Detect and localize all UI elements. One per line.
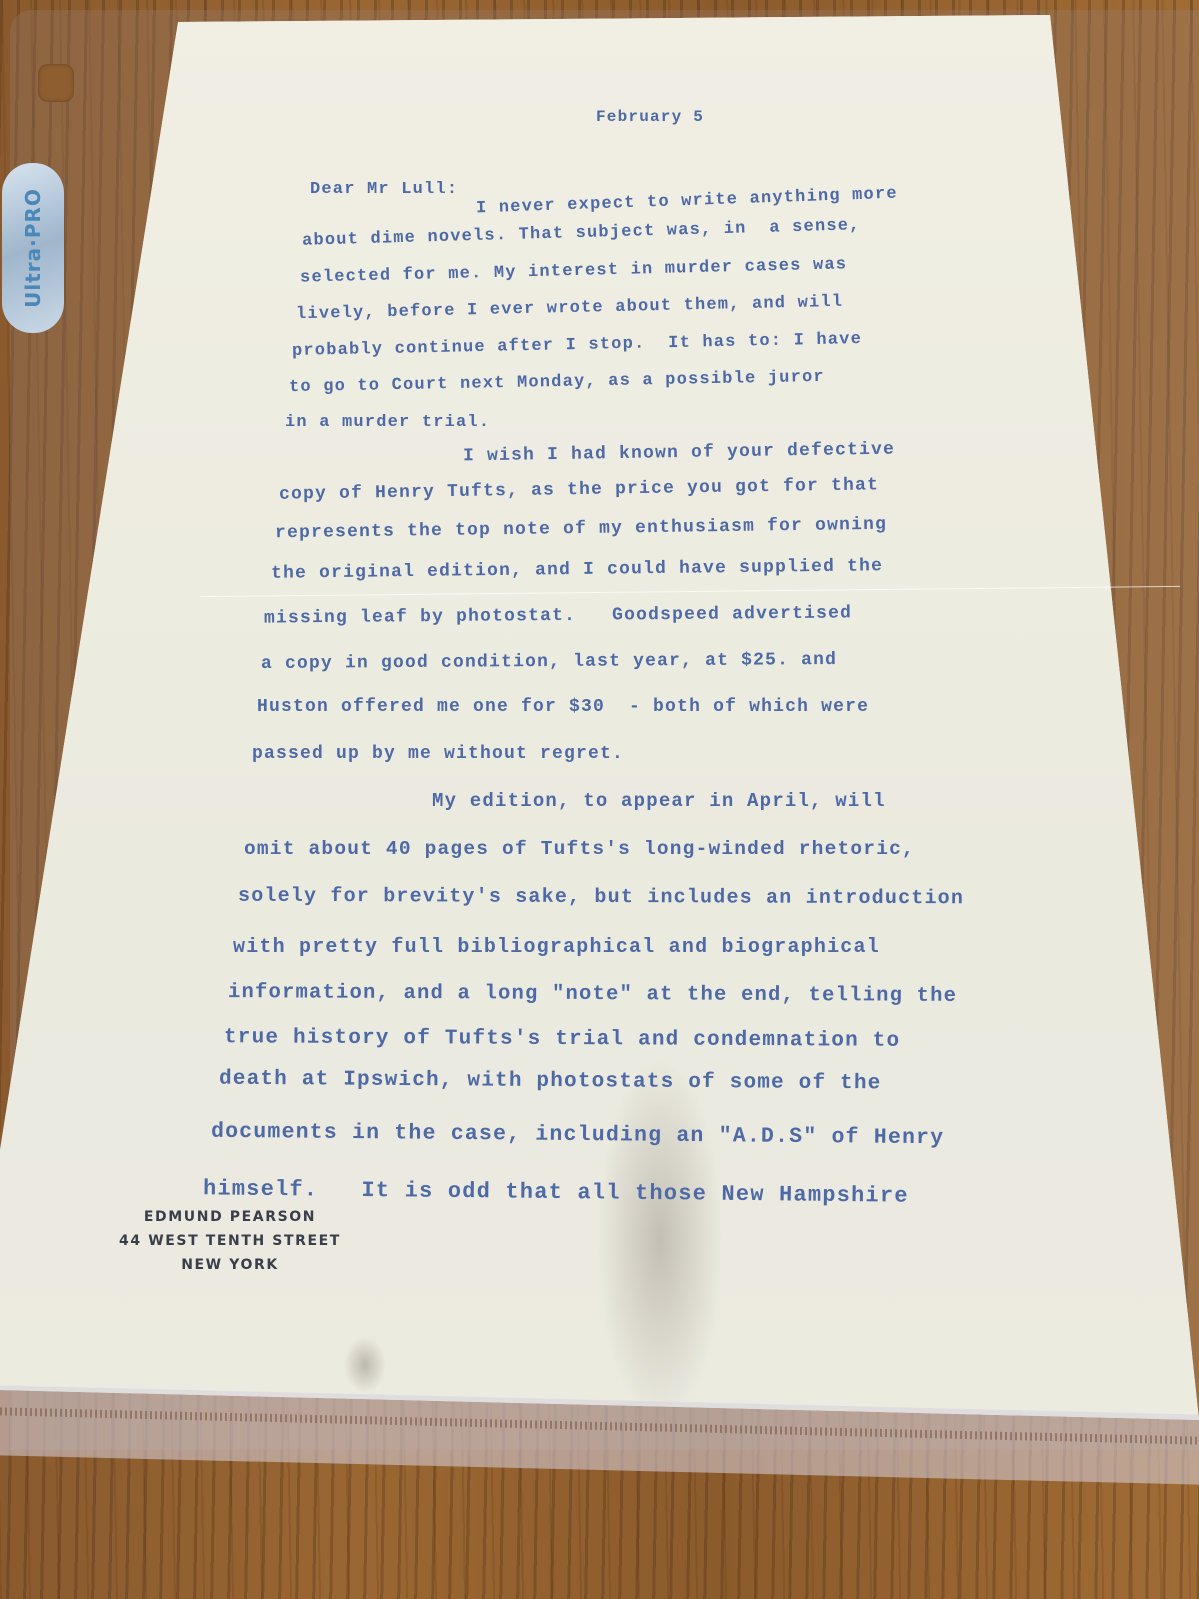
letter-line: in a murder trial. (285, 413, 490, 432)
letter-line: copy of Henry Tufts, as the price you go… (279, 475, 879, 504)
letter-line: lively, before I ever wrote about them, … (296, 293, 844, 324)
letter-line: a copy in good condition, last year, at … (261, 650, 837, 674)
letterhead-city: NEW YORK (100, 1253, 360, 1277)
letterhead: EDMUND PEARSON 44 WEST TENTH STREET NEW … (100, 1205, 360, 1277)
letter-line: about dime novels. That subject was, in … (302, 216, 861, 251)
letter-date: February 5 (596, 108, 704, 126)
letter-line: omit about 40 pages of Tufts's long-wind… (244, 838, 915, 860)
letter-line: I never expect to write anything more (476, 185, 898, 219)
letter-line: represents the top note of my enthusiasm… (275, 515, 887, 544)
letter-line: My edition, to appear in April, will (432, 790, 886, 812)
letter-line: probably continue after I stop. It has t… (292, 330, 862, 361)
typed-letter: February 5 Dear Mr Lull: I never expect … (0, 0, 1199, 1599)
letterhead-street: 44 WEST TENTH STREET (100, 1229, 360, 1253)
letter-line: passed up by me without regret. (252, 744, 624, 764)
letter-line: death at Ipswich, with photostats of som… (219, 1068, 882, 1096)
letter-line: selected for me. My interest in murder c… (300, 255, 848, 287)
letterhead-name: EDMUND PEARSON (100, 1205, 360, 1229)
letter-line: the original edition, and I could have s… (271, 556, 883, 583)
letter-line: documents in the case, including an "A.D… (211, 1120, 944, 1150)
letter-line: with pretty full bibliographical and bio… (233, 936, 880, 959)
letter-line: information, and a long "note" at the en… (228, 981, 957, 1008)
letter-line: to go to Court next Monday, as a possibl… (289, 368, 825, 397)
letter-line: himself. It is odd that all those New Ha… (203, 1176, 909, 1208)
letter-line: I wish I had known of your defective (463, 440, 895, 467)
letter-line: Huston offered me one for $30 - both of … (257, 697, 869, 717)
letter-line: true history of Tufts's trial and condem… (224, 1026, 900, 1053)
letter-line: solely for brevity's sake, but includes … (238, 885, 964, 911)
letter-line: missing leaf by photostat. Goodspeed adv… (264, 603, 852, 628)
letter-salutation: Dear Mr Lull: (310, 180, 458, 199)
